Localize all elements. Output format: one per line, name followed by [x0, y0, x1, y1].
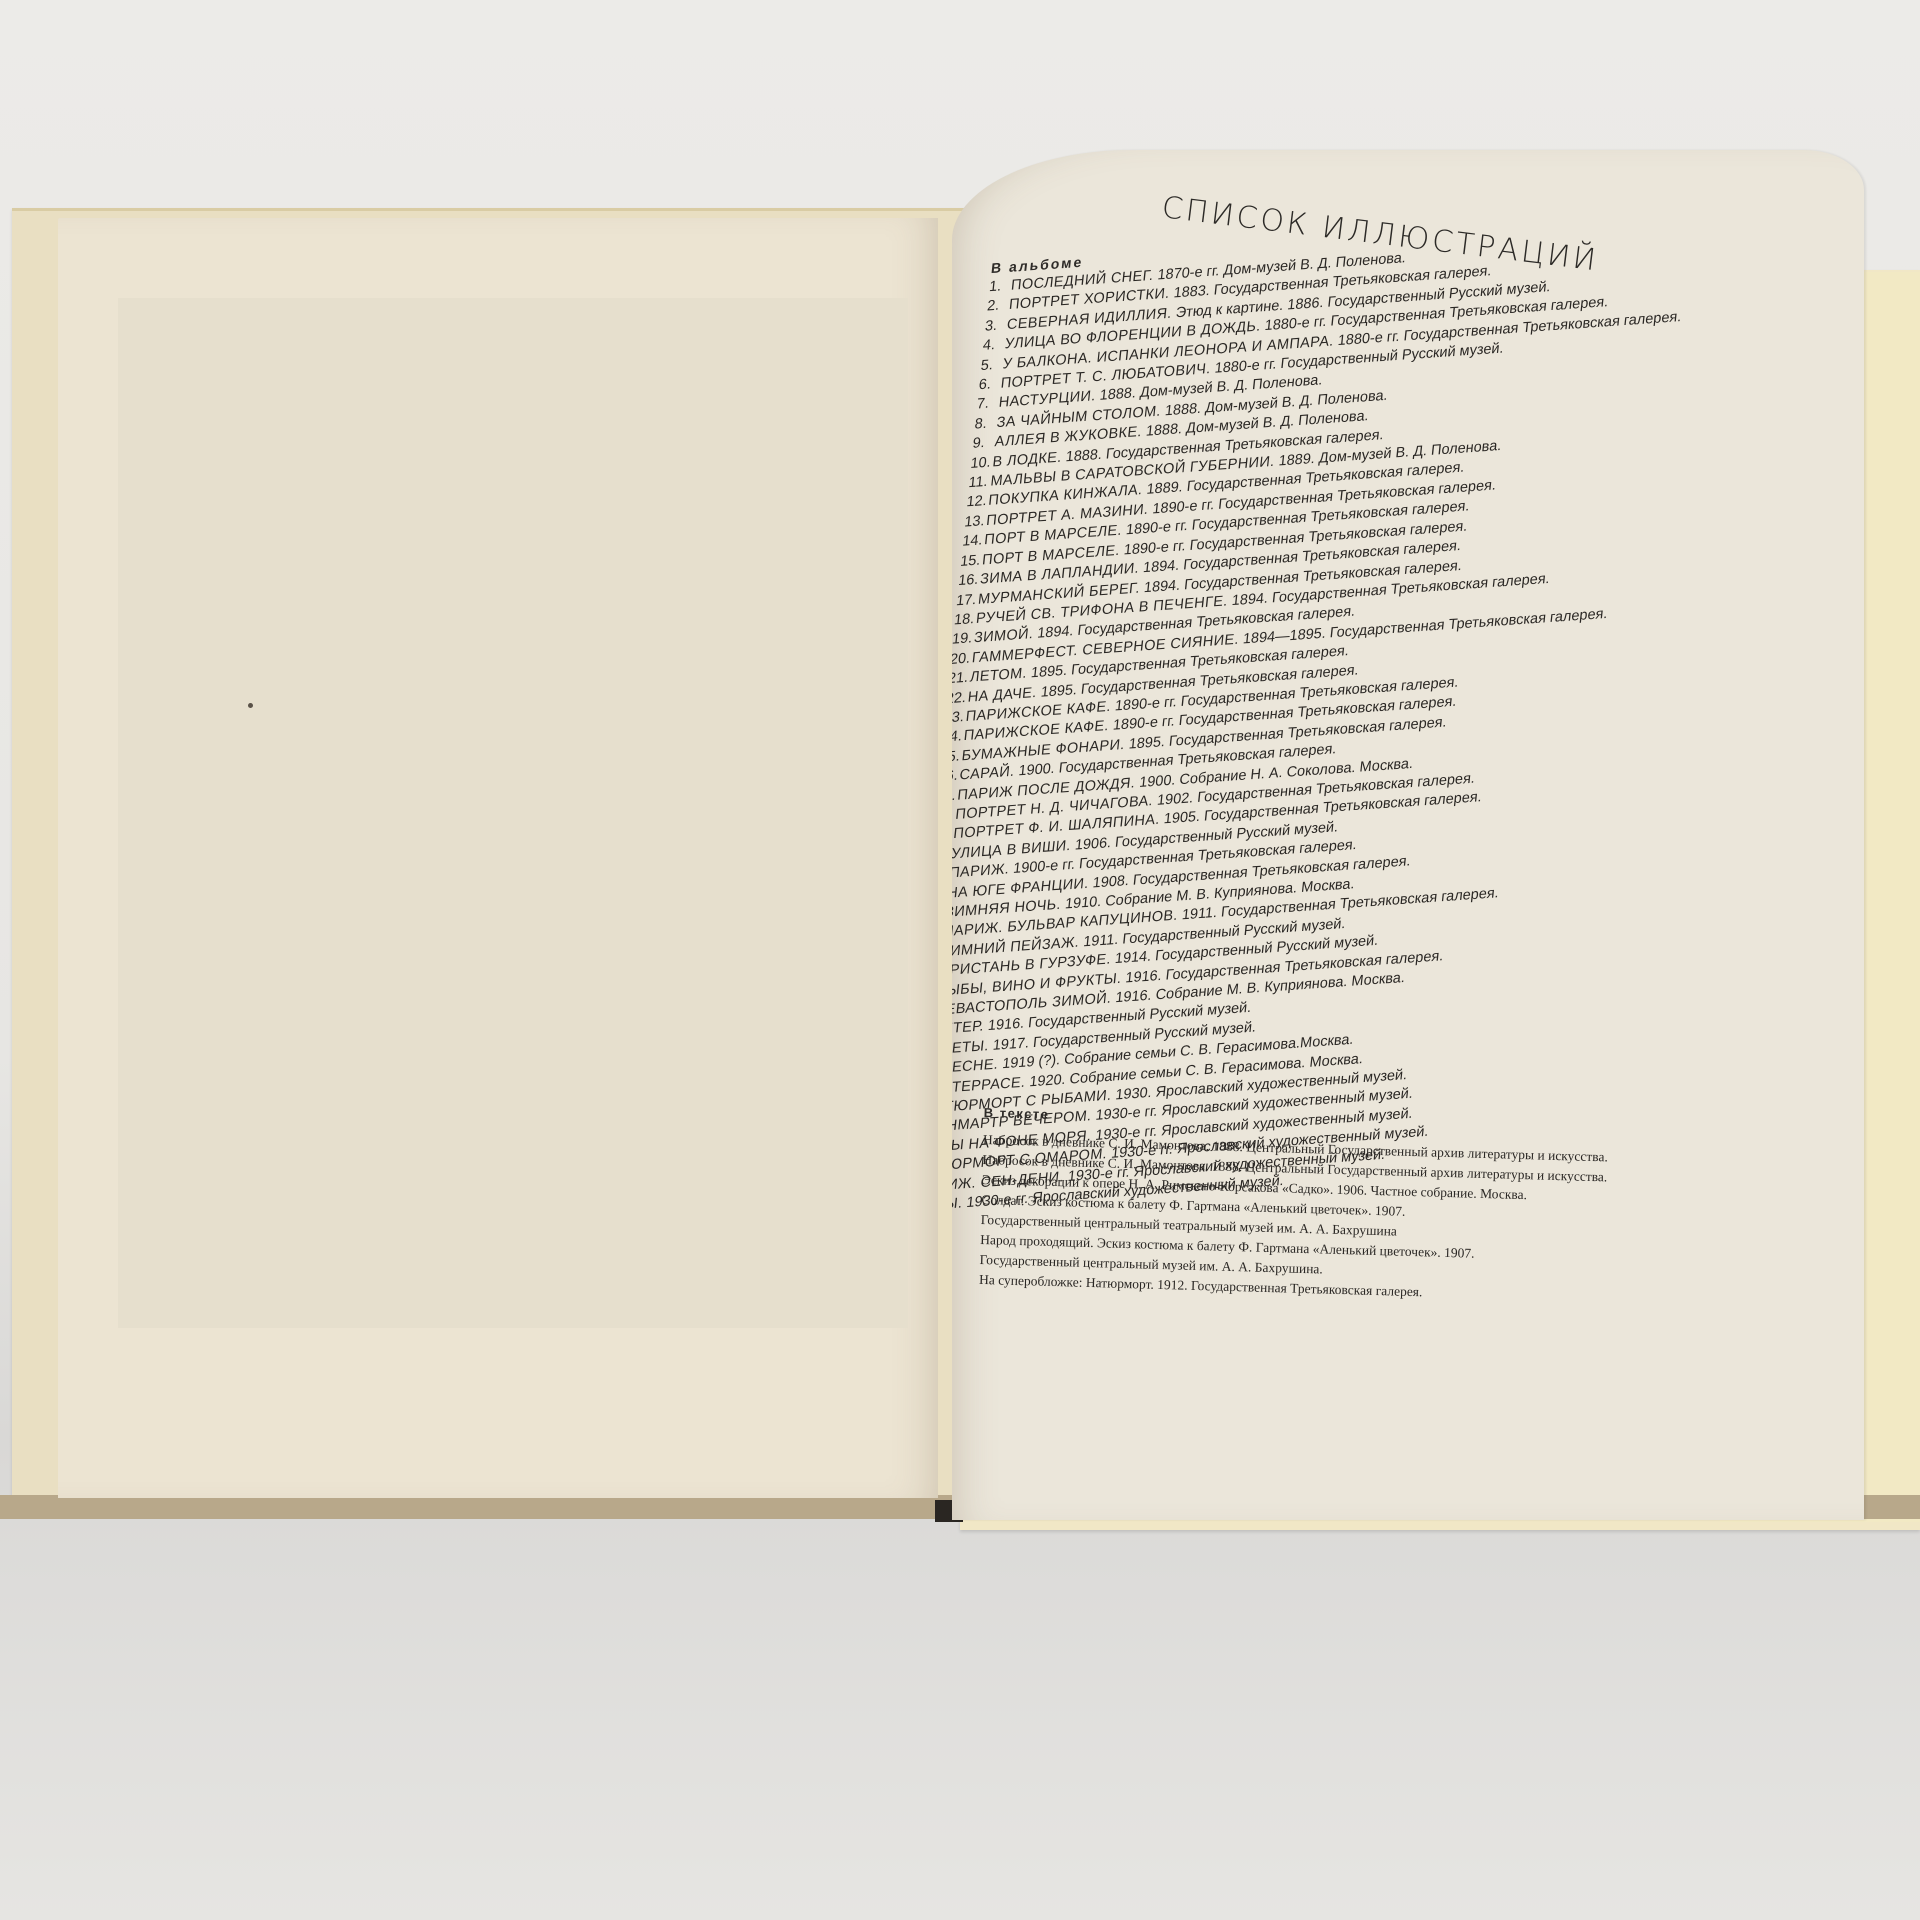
- item-number: 18.: [953, 610, 977, 631]
- item-number: 8.: [974, 414, 998, 435]
- album-list: В альбоме 1.ПОСЛЕДНИЙ СНЕГ. 1870-е гг. Д…: [952, 215, 1630, 1219]
- item-number: 7.: [976, 394, 1000, 415]
- item-number: 4.: [982, 335, 1006, 356]
- item-number: 3.: [984, 316, 1008, 337]
- item-title: К ВЕСНЕ.: [952, 1057, 999, 1078]
- faint-illustration-plate: [118, 298, 908, 1328]
- paper-speck: [248, 703, 253, 708]
- item-title: ЦВЕТЫ.: [952, 1038, 990, 1058]
- item-number: 9.: [972, 433, 996, 454]
- item-number: 20.: [952, 649, 973, 670]
- item-title: ВЕТЕР.: [952, 1019, 985, 1039]
- item-title: НА ДАЧЕ.: [967, 684, 1038, 705]
- item-number: 17.: [955, 590, 979, 611]
- item-number: 23.: [952, 708, 967, 729]
- right-page-illustration-list: СПИСОК ИЛЛЮСТРАЦИЙ В альбоме 1.ПОСЛЕДНИЙ…: [952, 150, 1864, 1520]
- item-number: 5.: [980, 355, 1004, 376]
- item-title: В ЛОДКЕ.: [992, 449, 1063, 470]
- item-number: 16.: [957, 571, 981, 592]
- item-title: РОЗЫ.: [952, 1195, 963, 1215]
- item-number: 15.: [959, 551, 983, 572]
- item-title: ЗИМОЙ.: [973, 626, 1034, 646]
- item-title: ПАРИЖ.: [952, 861, 1010, 881]
- item-number: 2.: [986, 296, 1010, 317]
- item-title: ЛЕТОМ.: [969, 666, 1028, 686]
- item-number: 11.: [967, 473, 991, 494]
- item-number: 13.: [963, 512, 987, 533]
- item-number: 19.: [952, 629, 975, 650]
- left-page-blank: [58, 218, 938, 1498]
- item-title: САРАЙ.: [959, 764, 1016, 784]
- item-number: 14.: [961, 531, 985, 552]
- item-number: 12.: [965, 492, 989, 513]
- item-number: 22.: [952, 688, 969, 709]
- item-number: 6.: [978, 375, 1002, 396]
- item-number: 21.: [952, 669, 971, 690]
- item-number: 1.: [988, 277, 1012, 298]
- item-number: 10.: [969, 453, 993, 474]
- in-text-list: В тексте Набросок в дневнике С. И. Мамон…: [979, 1105, 1724, 1311]
